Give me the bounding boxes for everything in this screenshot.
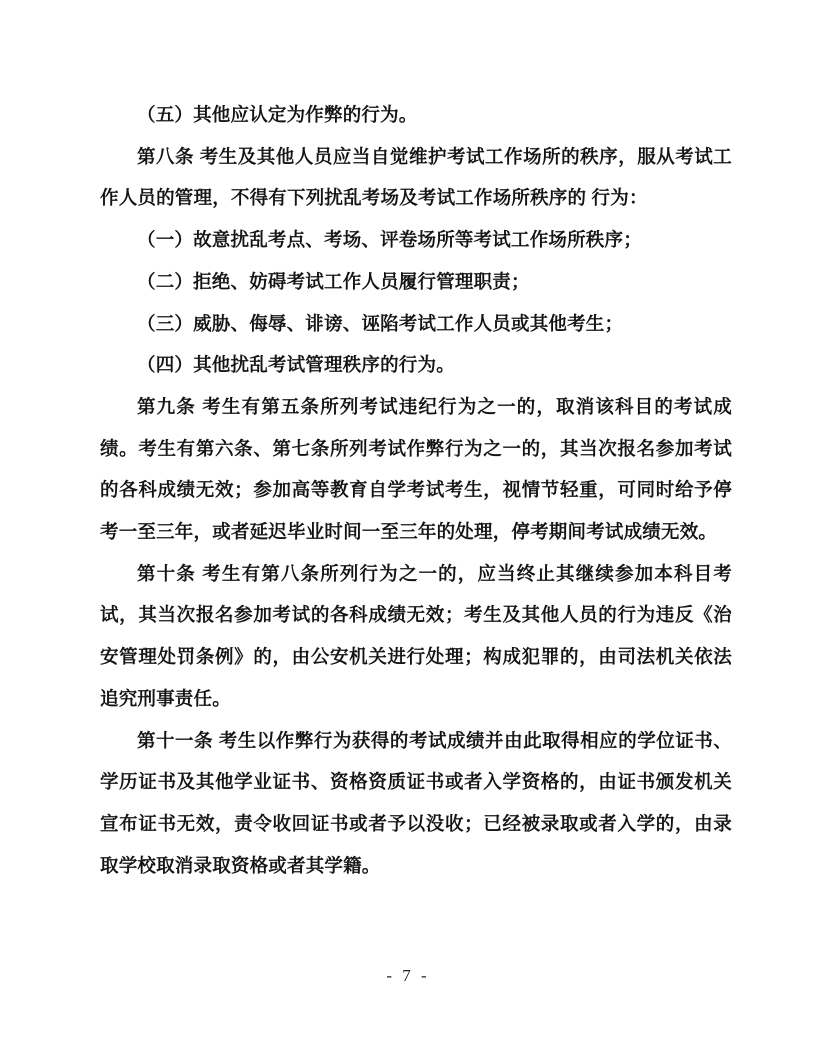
paragraph: （四）其他扰乱考试管理秩序的行为。 bbox=[100, 344, 732, 386]
paragraph: （三）威胁、侮辱、诽谤、诬陷考试工作人员或其他考生； bbox=[100, 303, 732, 345]
paragraph: 第十条 考生有第八条所列行为之一的，应当终止其继续参加本科目考试，其当次报名参加… bbox=[100, 553, 732, 720]
paragraph: （二）拒绝、妨碍考试工作人员履行管理职责； bbox=[100, 261, 732, 303]
paragraph: 第十一条 考生以作弊行为获得的考试成绩并由此取得相应的学位证书、学历证书及其他学… bbox=[100, 720, 732, 887]
page-number: - 7 - bbox=[386, 966, 429, 985]
paragraph: （五）其他应认定为作弊的行为。 bbox=[100, 94, 732, 136]
document-body: （五）其他应认定为作弊的行为。 第八条 考生及其他人员应当自觉维护考试工作场所的… bbox=[100, 94, 732, 886]
page-footer: - 7 - bbox=[0, 966, 816, 986]
paragraph: 第九条 考生有第五条所列考试违纪行为之一的，取消该科目的考试成绩。考生有第六条、… bbox=[100, 386, 732, 553]
paragraph: 第八条 考生及其他人员应当自觉维护考试工作场所的秩序，服从考试工作人员的管理，不… bbox=[100, 136, 732, 219]
paragraph: （一）故意扰乱考点、考场、评卷场所等考试工作场所秩序； bbox=[100, 219, 732, 261]
document-page: （五）其他应认定为作弊的行为。 第八条 考生及其他人员应当自觉维护考试工作场所的… bbox=[0, 0, 816, 1056]
